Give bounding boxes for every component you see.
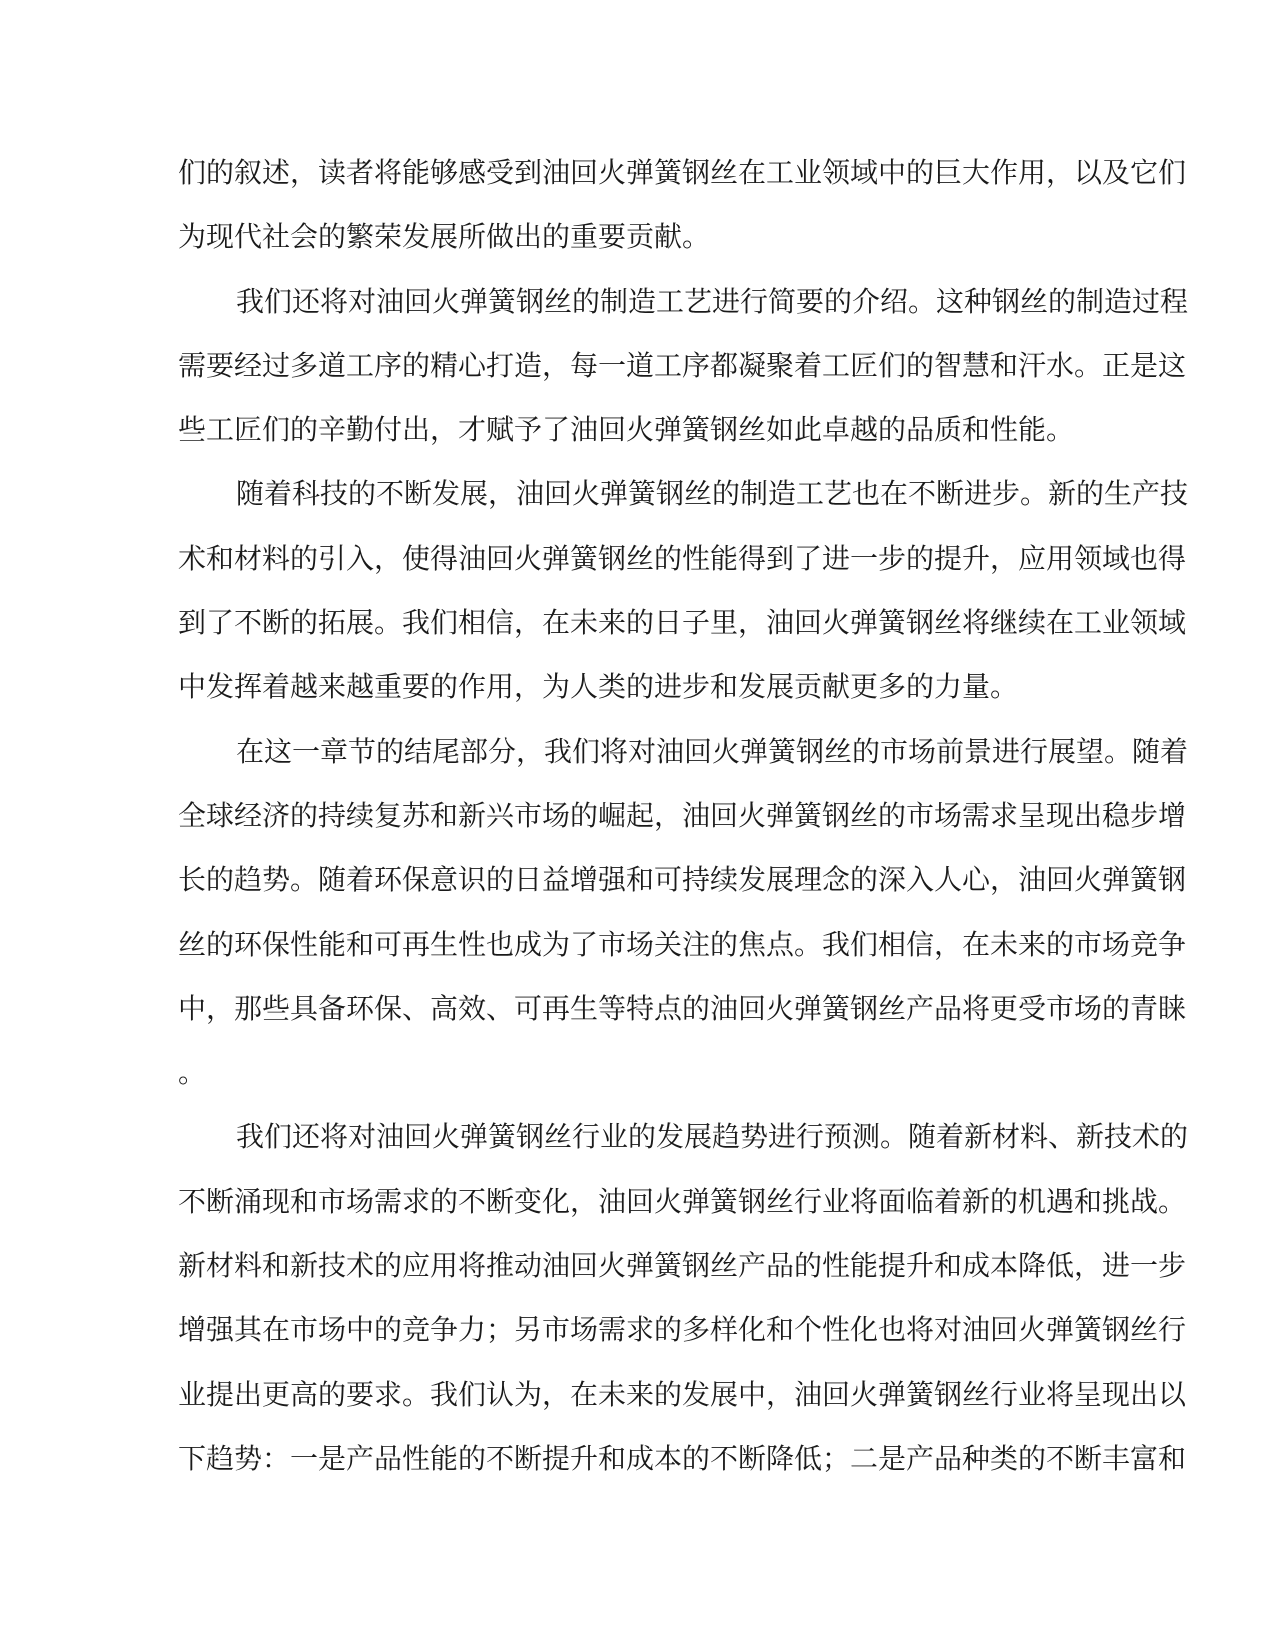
text-line: 长的趋势。随着环保意识的日益增强和可持续发展理念的深入人心，油回火弹簧钢 xyxy=(178,848,1087,912)
document-text: 们的叙述，读者将能够感受到油回火弹簧钢丝在工业领域中的巨大作用，以及它们为现代社… xyxy=(178,141,1087,1491)
text-line: 随着科技的不断发展，油回火弹簧钢丝的制造工艺也在不断进步。新的生产技 xyxy=(178,462,1087,526)
text-line: 。 xyxy=(178,1041,1087,1105)
text-line: 不断涌现和市场需求的不断变化，油回火弹簧钢丝行业将面临着新的机遇和挑战。 xyxy=(178,1170,1087,1234)
text-line: 术和材料的引入，使得油回火弹簧钢丝的性能得到了进一步的提升，应用领域也得 xyxy=(178,527,1087,591)
text-line: 在这一章节的结尾部分，我们将对油回火弹簧钢丝的市场前景进行展望。随着 xyxy=(178,720,1087,784)
text-line: 中发挥着越来越重要的作用，为人类的进步和发展贡献更多的力量。 xyxy=(178,655,1087,719)
text-line: 丝的环保性能和可再生性也成为了市场关注的焦点。我们相信，在未来的市场竞争 xyxy=(178,913,1087,977)
text-line: 些工匠们的辛勤付出，才赋予了油回火弹簧钢丝如此卓越的品质和性能。 xyxy=(178,398,1087,462)
text-line: 增强其在市场中的竞争力；另市场需求的多样化和个性化也将对油回火弹簧钢丝行 xyxy=(178,1298,1087,1362)
text-line: 到了不断的拓展。我们相信，在未来的日子里，油回火弹簧钢丝将继续在工业领域 xyxy=(178,591,1087,655)
text-line: 我们还将对油回火弹簧钢丝的制造工艺进行简要的介绍。这种钢丝的制造过程 xyxy=(178,270,1087,334)
text-line: 下趋势：一是产品性能的不断提升和成本的不断降低；二是产品种类的不断丰富和 xyxy=(178,1427,1087,1491)
text-line: 需要经过多道工序的精心打造，每一道工序都凝聚着工匠们的智慧和汗水。正是这 xyxy=(178,334,1087,398)
text-line: 新材料和新技术的应用将推动油回火弹簧钢丝产品的性能提升和成本降低，进一步 xyxy=(178,1234,1087,1298)
text-line: 我们还将对油回火弹簧钢丝行业的发展趋势进行预测。随着新材料、新技术的 xyxy=(178,1105,1087,1169)
text-line: 们的叙述，读者将能够感受到油回火弹簧钢丝在工业领域中的巨大作用，以及它们 xyxy=(178,141,1087,205)
text-line: 全球经济的持续复苏和新兴市场的崛起，油回火弹簧钢丝的市场需求呈现出稳步增 xyxy=(178,784,1087,848)
text-line: 中，那些具备环保、高效、可再生等特点的油回火弹簧钢丝产品将更受市场的青睐 xyxy=(178,977,1087,1041)
document-page: 们的叙述，读者将能够感受到油回火弹簧钢丝在工业领域中的巨大作用，以及它们为现代社… xyxy=(0,0,1275,1650)
text-line: 业提出更高的要求。我们认为，在未来的发展中，油回火弹簧钢丝行业将呈现出以 xyxy=(178,1363,1087,1427)
text-line: 为现代社会的繁荣发展所做出的重要贡献。 xyxy=(178,205,1087,269)
